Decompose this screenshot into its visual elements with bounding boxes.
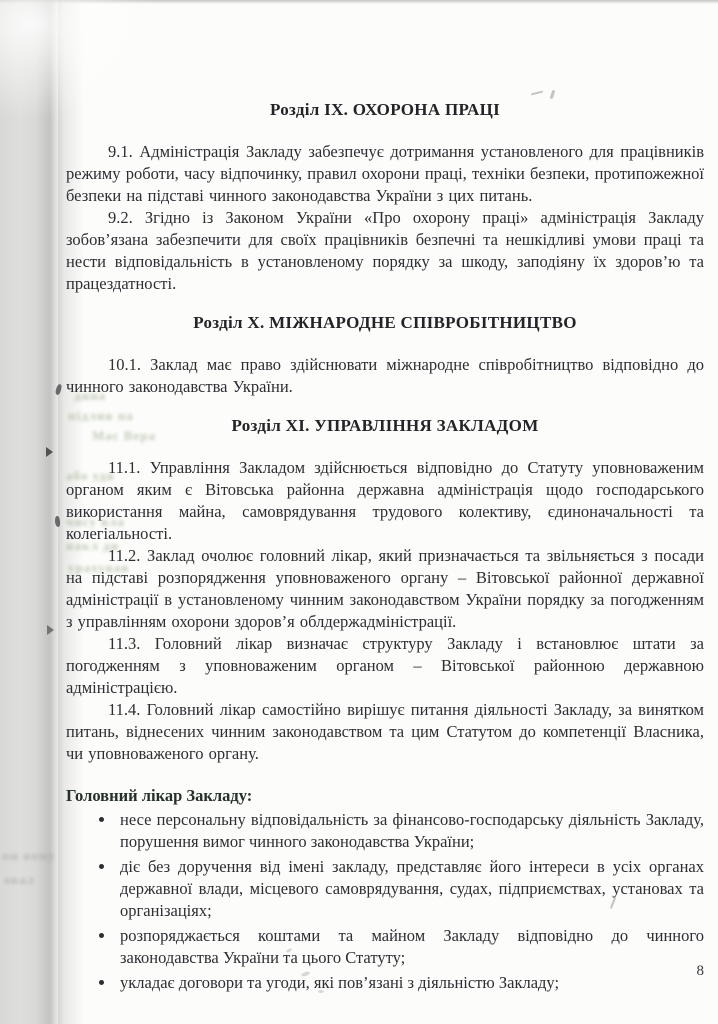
section-heading-xi: Розділ XI. УПРАВЛІННЯ ЗАКЛАДОМ (66, 415, 704, 437)
scanned-statute-page: { "document": { "page_number": "8", "sec… (0, 0, 718, 1024)
ghost-text-fragment: овал (4, 872, 35, 888)
duty-item: несе персональну відповідальність за фін… (116, 809, 704, 853)
paragraph-10-1: 10.1. Заклад має право здійснювати міжна… (66, 354, 704, 398)
section-heading-x: Розділ X. МІЖНАРОДНЕ СПІВРОБІТНИЦТВО (66, 312, 704, 334)
binding-mark (54, 516, 60, 528)
paragraph-11-1: 11.1. Управління Закладом здійснюється в… (66, 457, 704, 545)
duty-item: діє без доручення від імені закладу, пре… (116, 856, 704, 922)
document-body: Розділ IX. ОХОРОНА ПРАЦІ 9.1. Адміністра… (66, 99, 704, 997)
paragraph-11-4: 11.4. Головний лікар самостійно вирішує … (66, 699, 704, 765)
paragraph-11-3: 11.3. Головний лікар визначає структуру … (66, 633, 704, 699)
page-number: 8 (697, 963, 705, 980)
binding-mark (55, 384, 63, 396)
binding-mark (46, 447, 53, 457)
scan-top-edge-shadow (0, 0, 718, 4)
paragraph-9-2: 9.2. Згідно із Законом України «Про охор… (66, 207, 704, 295)
pencil-mark (531, 91, 543, 96)
chief-doctor-duties-list: несе персональну відповідальність за фін… (66, 809, 704, 994)
scan-left-edge-shadow (0, 0, 64, 1024)
ghost-text-fragment: ом вому (2, 848, 56, 864)
duty-item: розпоряджається коштами та майном Заклад… (116, 925, 704, 969)
paragraph-9-1: 9.1. Адміністрація Закладу забезпечує до… (66, 141, 704, 207)
paragraph-11-2: 11.2. Заклад очолює головний лікар, який… (66, 545, 704, 633)
duty-item: укладає договори та угоди, які пов’язані… (116, 972, 704, 994)
section-heading-ix: Розділ IX. ОХОРОНА ПРАЦІ (66, 99, 704, 121)
binding-mark (47, 625, 54, 635)
pencil-mark (550, 90, 556, 99)
chief-doctor-list-heading: Головний лікар Закладу: (66, 785, 704, 807)
